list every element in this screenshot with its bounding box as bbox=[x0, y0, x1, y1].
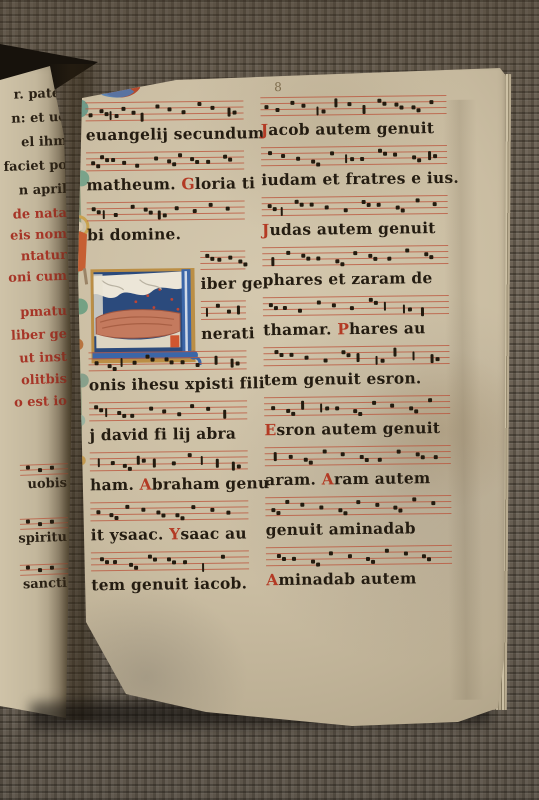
neume-mark bbox=[196, 363, 200, 367]
neume-mark bbox=[283, 306, 287, 310]
neume-mark bbox=[414, 409, 418, 413]
chant-unit: thamar. Phares au bbox=[263, 293, 450, 345]
neume-mark bbox=[360, 157, 364, 161]
neume-mark bbox=[317, 301, 321, 305]
neume-mark bbox=[131, 111, 135, 115]
neume-mark bbox=[172, 162, 176, 166]
neume-mark bbox=[320, 404, 323, 413]
neume-mark bbox=[172, 560, 176, 564]
neume-mark bbox=[280, 353, 284, 357]
chant-text: saac au bbox=[180, 523, 247, 543]
neume-mark bbox=[350, 306, 354, 310]
staff-line bbox=[86, 168, 244, 171]
neume-mark bbox=[383, 102, 387, 106]
neume-mark bbox=[391, 404, 395, 408]
neume-mark bbox=[292, 557, 296, 561]
chant-text-line: iber ge bbox=[200, 272, 245, 294]
neume-mark bbox=[271, 508, 275, 512]
neume-mark bbox=[412, 497, 416, 501]
neume-mark bbox=[211, 257, 215, 261]
neume-mark bbox=[412, 351, 415, 360]
staff-line bbox=[262, 195, 448, 198]
staff-line bbox=[261, 151, 447, 154]
chant-unit: genuit aminadab bbox=[265, 493, 452, 545]
recto-content: 8 bbox=[52, 59, 512, 732]
staff-line bbox=[262, 213, 448, 216]
chant-text: sron autem genuit bbox=[276, 418, 440, 439]
neume-mark bbox=[358, 412, 362, 416]
neume-mark bbox=[134, 566, 138, 570]
neume-mark bbox=[321, 109, 325, 113]
chant-text: matheum. bbox=[86, 174, 181, 194]
staff-line bbox=[89, 418, 247, 421]
neume-mark bbox=[345, 154, 348, 163]
neume-mark bbox=[98, 458, 101, 467]
staff-line bbox=[201, 318, 246, 320]
neume-mark bbox=[380, 359, 384, 363]
neume-mark bbox=[319, 506, 323, 510]
chant-text: bi domine. bbox=[87, 224, 181, 244]
neume-mark bbox=[215, 356, 218, 365]
neume-mark bbox=[286, 251, 290, 255]
neume-mark bbox=[149, 211, 153, 215]
neume-mark bbox=[431, 501, 435, 505]
neume-mark bbox=[343, 511, 347, 515]
neume-mark bbox=[208, 203, 212, 207]
staff-line bbox=[262, 207, 448, 210]
neume-mark bbox=[394, 103, 398, 107]
chant-text-line: phares et zaram de bbox=[262, 267, 448, 291]
neume-mark bbox=[120, 358, 123, 367]
neume-mark bbox=[141, 508, 145, 512]
neume-mark bbox=[145, 355, 149, 359]
chant-unit: Aminadab autem bbox=[266, 543, 453, 595]
chant-text: tem genuit esron. bbox=[264, 368, 422, 389]
neume-mark bbox=[378, 149, 382, 153]
neume-mark bbox=[153, 558, 157, 562]
neume-mark bbox=[434, 455, 438, 459]
chant-text-line: euangelij secundum bbox=[86, 122, 244, 146]
neume-mark bbox=[301, 503, 305, 507]
music-staff bbox=[90, 448, 248, 472]
neume-mark bbox=[210, 106, 214, 110]
parchment-crease bbox=[442, 100, 483, 700]
neume-mark bbox=[157, 510, 161, 514]
staff-line bbox=[265, 451, 451, 454]
music-staff bbox=[262, 193, 448, 217]
neume-mark bbox=[427, 557, 431, 561]
staff-line bbox=[89, 400, 247, 403]
neume-mark bbox=[181, 516, 185, 520]
chant-unit: bi domine. bbox=[87, 198, 246, 250]
chant-unit: aram. Aram autem bbox=[265, 443, 452, 495]
neume-mark bbox=[366, 557, 370, 561]
staff-line bbox=[260, 95, 446, 98]
neume-mark bbox=[118, 411, 122, 415]
neume-mark bbox=[385, 549, 389, 553]
staff-line bbox=[86, 162, 244, 165]
neume-mark bbox=[89, 113, 93, 117]
neume-mark bbox=[311, 560, 315, 564]
neume-mark bbox=[416, 108, 420, 112]
chant-text-line: thamar. Phares au bbox=[263, 317, 449, 341]
neume-mark bbox=[176, 513, 180, 517]
neume-mark bbox=[275, 108, 279, 112]
staff-line bbox=[265, 513, 451, 516]
chant-text-line: nerati bbox=[201, 322, 246, 344]
chant-text-line: Jacob autem genuit bbox=[261, 117, 447, 141]
staff-line bbox=[264, 395, 450, 398]
neume-mark bbox=[397, 450, 401, 454]
neume-mark bbox=[175, 206, 179, 210]
staff-line bbox=[261, 163, 447, 166]
music-staff bbox=[262, 243, 448, 267]
neume-mark bbox=[325, 406, 329, 410]
staff-line bbox=[90, 500, 248, 503]
neume-mark bbox=[365, 458, 369, 462]
neume-mark bbox=[405, 248, 409, 252]
recto-page: 8 bbox=[56, 62, 508, 730]
staff-line bbox=[87, 200, 245, 203]
neume-mark bbox=[114, 213, 118, 217]
music-staff bbox=[200, 248, 245, 271]
chant-unit: it ysaac. Ysaac au bbox=[90, 498, 249, 550]
chant-text: ham. bbox=[90, 475, 140, 495]
staff-line bbox=[263, 345, 449, 348]
chant-text-line: matheum. Gloria ti bbox=[86, 172, 244, 196]
neume-mark bbox=[311, 160, 315, 164]
staff-line bbox=[265, 507, 451, 510]
neume-mark bbox=[150, 358, 154, 362]
neume-mark bbox=[416, 198, 420, 202]
chant-text: hares au bbox=[349, 318, 426, 338]
neume-mark bbox=[227, 310, 231, 314]
chant-text: nerati bbox=[201, 323, 255, 343]
staff-line bbox=[87, 206, 245, 209]
neume-mark bbox=[164, 357, 168, 361]
neume-mark bbox=[295, 200, 299, 204]
neume-mark bbox=[237, 306, 240, 315]
neume-mark bbox=[141, 113, 144, 122]
music-staff bbox=[201, 298, 246, 321]
neume-mark bbox=[353, 251, 357, 255]
chant-unit: Judas autem genuit bbox=[262, 193, 449, 245]
neume-mark bbox=[378, 458, 382, 462]
neume-mark bbox=[296, 157, 300, 161]
neume-mark bbox=[100, 109, 104, 113]
chant-text-line: Esron autem genuit bbox=[264, 417, 450, 441]
neume-mark bbox=[264, 105, 268, 109]
neume-mark bbox=[323, 358, 327, 362]
staff-line bbox=[262, 263, 448, 266]
neume-mark bbox=[290, 101, 294, 105]
neume-mark bbox=[100, 557, 104, 561]
staff-line bbox=[265, 445, 451, 448]
chant-column-right: Jacob autem genuitiudam et fratres e ius… bbox=[260, 93, 452, 610]
neume-mark bbox=[154, 156, 158, 160]
chant-unit: ham. Abraham genu bbox=[90, 448, 249, 500]
music-staff bbox=[90, 498, 248, 522]
chant-text-line: aram. Aram autem bbox=[265, 467, 451, 491]
neume-mark bbox=[113, 367, 117, 371]
staff-line bbox=[262, 201, 448, 204]
neume-mark bbox=[205, 308, 208, 317]
neume-mark bbox=[113, 560, 117, 564]
neume-mark bbox=[420, 455, 424, 459]
staff-line bbox=[90, 468, 248, 471]
neume-mark bbox=[340, 262, 344, 266]
staff-line bbox=[265, 495, 451, 498]
neume-mark bbox=[183, 560, 187, 564]
neume-mark bbox=[178, 153, 182, 157]
neume-mark bbox=[402, 304, 405, 313]
neume-mark bbox=[335, 98, 338, 107]
folio-number: 8 bbox=[274, 80, 282, 94]
neume-mark bbox=[148, 555, 152, 559]
chant-text: acob autem genuit bbox=[268, 118, 434, 139]
chant-text: j david fi lij abra bbox=[89, 424, 236, 445]
neume-mark bbox=[356, 353, 359, 362]
chant-unit: j david fi lij abra bbox=[89, 398, 248, 450]
neume-mark bbox=[362, 200, 366, 204]
neume-mark bbox=[356, 500, 360, 504]
neume-mark bbox=[428, 398, 432, 402]
chant-text: ram autem bbox=[334, 468, 431, 488]
neume-mark bbox=[310, 203, 314, 207]
neume-mark bbox=[280, 207, 283, 216]
neume-mark bbox=[182, 110, 186, 114]
neume-mark bbox=[289, 455, 293, 459]
neume-mark bbox=[188, 453, 192, 457]
neume-mark bbox=[130, 414, 134, 418]
chant-text: it ysaac. bbox=[91, 524, 170, 544]
neume-mark bbox=[91, 207, 95, 211]
neume-mark bbox=[286, 500, 290, 504]
neume-mark bbox=[430, 100, 434, 104]
neume-mark bbox=[275, 350, 279, 354]
music-staff bbox=[261, 143, 447, 167]
neume-mark bbox=[210, 508, 214, 512]
neume-mark bbox=[424, 252, 428, 256]
neume-mark bbox=[375, 356, 378, 365]
chant-text: euangelij secundum bbox=[86, 123, 265, 144]
neume-mark bbox=[273, 306, 277, 310]
neume-mark bbox=[401, 208, 405, 212]
neume-mark bbox=[105, 408, 108, 417]
neume-mark bbox=[193, 209, 197, 213]
neume-mark bbox=[428, 151, 431, 160]
chant-unit: Esron autem genuit bbox=[264, 393, 451, 445]
staff-line bbox=[264, 401, 450, 404]
music-staff bbox=[264, 393, 450, 417]
neume-mark bbox=[243, 262, 247, 266]
neume-mark bbox=[433, 154, 437, 158]
chant-text: aram. bbox=[265, 470, 322, 490]
neume-mark bbox=[433, 202, 437, 206]
chant-text-line: it ysaac. Ysaac au bbox=[91, 522, 249, 546]
chant-unit: phares et zaram de bbox=[262, 243, 449, 295]
neume-mark bbox=[399, 509, 403, 513]
neume-mark bbox=[96, 164, 100, 168]
neume-mark bbox=[301, 254, 305, 258]
neume-mark bbox=[301, 401, 304, 410]
neume-mark bbox=[224, 155, 228, 159]
neume-mark bbox=[412, 155, 416, 159]
staff-line bbox=[265, 463, 451, 466]
neume-mark bbox=[378, 99, 382, 103]
neume-mark bbox=[123, 464, 127, 468]
neume-mark bbox=[220, 555, 224, 559]
neume-mark bbox=[304, 458, 308, 462]
neume-mark bbox=[198, 102, 202, 106]
chant-text: iudam et fratres e ius. bbox=[261, 168, 459, 189]
neume-mark bbox=[429, 255, 433, 259]
staff-line bbox=[201, 300, 246, 302]
neume-mark bbox=[155, 104, 159, 108]
neume-mark bbox=[373, 257, 377, 261]
neume-mark bbox=[304, 356, 308, 360]
chant-text: onis ihesu xpisti fili bbox=[89, 373, 265, 394]
manuscript-photo: { "photo": { "subject": "Illuminated cha… bbox=[0, 0, 539, 800]
neume-mark bbox=[133, 361, 137, 365]
chant-unit: euangelij secundum bbox=[85, 98, 244, 150]
neume-mark bbox=[325, 205, 329, 209]
neume-mark bbox=[436, 357, 440, 361]
neume-mark bbox=[411, 105, 415, 109]
staff-line bbox=[263, 301, 449, 304]
staff-line bbox=[86, 156, 244, 159]
neume-mark bbox=[338, 508, 342, 512]
neume-mark bbox=[125, 505, 129, 509]
chant-unit: iudam et fratres e ius. bbox=[261, 143, 448, 195]
neume-mark bbox=[163, 213, 167, 217]
chant-text: udas autem genuit bbox=[269, 218, 435, 239]
chant-text-line: tem genuit iacob. bbox=[91, 572, 249, 596]
neume-mark bbox=[371, 560, 375, 564]
staff-line bbox=[262, 245, 448, 248]
neume-mark bbox=[394, 348, 397, 357]
neume-mark bbox=[202, 563, 205, 572]
neume-mark bbox=[206, 254, 210, 258]
neume-mark bbox=[350, 157, 354, 161]
chant-text-line: bi domine. bbox=[87, 222, 245, 246]
neume-mark bbox=[172, 461, 176, 465]
neume-mark bbox=[286, 409, 290, 413]
neume-mark bbox=[99, 408, 103, 412]
staff-line bbox=[200, 268, 245, 270]
neume-mark bbox=[191, 505, 195, 509]
chant-text-line: j david fi lij abra bbox=[89, 422, 247, 446]
neume-mark bbox=[216, 459, 219, 468]
neume-mark bbox=[368, 254, 372, 258]
staff-line bbox=[266, 545, 452, 548]
neume-mark bbox=[223, 410, 226, 419]
neume-mark bbox=[153, 459, 156, 468]
staff-line bbox=[263, 295, 449, 298]
chant-unit: nerati bbox=[88, 298, 247, 350]
neume-mark bbox=[237, 465, 241, 469]
neume-mark bbox=[332, 303, 336, 307]
neume-mark bbox=[96, 210, 100, 214]
neume-mark bbox=[206, 160, 210, 164]
neume-mark bbox=[158, 210, 161, 219]
neume-mark bbox=[95, 361, 99, 365]
rubricated-initial: P bbox=[337, 319, 349, 338]
chant-text-line: Judas autem genuit bbox=[262, 217, 448, 241]
neume-mark bbox=[122, 161, 126, 165]
neume-mark bbox=[316, 107, 319, 116]
neume-mark bbox=[216, 304, 220, 308]
neume-mark bbox=[111, 158, 115, 162]
neume-mark bbox=[422, 554, 426, 558]
staff-line bbox=[90, 512, 248, 515]
staff-line bbox=[87, 218, 245, 221]
neume-mark bbox=[232, 462, 235, 471]
neume-mark bbox=[122, 107, 126, 111]
neume-mark bbox=[316, 257, 320, 261]
neume-mark bbox=[298, 309, 302, 313]
neume-mark bbox=[404, 551, 408, 555]
neume-mark bbox=[206, 407, 210, 411]
neume-mark bbox=[272, 257, 275, 266]
neume-mark bbox=[272, 406, 276, 410]
neume-mark bbox=[135, 164, 139, 168]
staff-line bbox=[91, 568, 249, 571]
neume-mark bbox=[109, 513, 113, 517]
neume-mark bbox=[200, 456, 203, 465]
neume-mark bbox=[431, 354, 434, 363]
neume-mark bbox=[162, 513, 166, 517]
chant-text-line: iudam et fratres e ius. bbox=[261, 167, 447, 191]
neume-mark bbox=[169, 360, 173, 364]
music-staff bbox=[85, 98, 243, 122]
staff-line bbox=[200, 250, 245, 252]
staff-line bbox=[264, 363, 450, 366]
neume-mark bbox=[268, 303, 272, 307]
chant-text: tem genuit iacob. bbox=[91, 573, 247, 594]
chant-text-line: Aminadab autem bbox=[266, 567, 452, 591]
staff-line bbox=[91, 550, 249, 553]
chant-text: iber ge bbox=[201, 273, 263, 293]
neume-mark bbox=[217, 258, 221, 262]
neume-mark bbox=[360, 455, 364, 459]
neume-mark bbox=[372, 401, 376, 405]
chant-unit: iber ge bbox=[87, 248, 246, 300]
neume-mark bbox=[97, 510, 101, 514]
staff-line bbox=[90, 456, 248, 459]
neume-mark bbox=[348, 102, 352, 106]
chant-text: braham genu bbox=[152, 473, 270, 493]
staff-line bbox=[90, 450, 248, 453]
neume-mark bbox=[123, 414, 127, 418]
rubricated-initial: E bbox=[264, 420, 276, 439]
neume-mark bbox=[129, 563, 133, 567]
neume-mark bbox=[399, 105, 403, 109]
neume-mark bbox=[231, 359, 234, 368]
music-staff bbox=[266, 543, 452, 567]
staff-line bbox=[261, 113, 447, 116]
chant-text: thamar. bbox=[263, 319, 337, 339]
neume-mark bbox=[348, 554, 352, 558]
neume-mark bbox=[110, 461, 114, 465]
chant-text: phares et zaram de bbox=[262, 268, 432, 289]
neume-mark bbox=[105, 158, 109, 162]
neume-mark bbox=[292, 412, 296, 416]
rubricated-initial: G bbox=[181, 174, 195, 193]
neume-mark bbox=[344, 208, 348, 212]
music-staff bbox=[263, 343, 449, 367]
chant-unit: Jacob autem genuit bbox=[260, 93, 447, 145]
